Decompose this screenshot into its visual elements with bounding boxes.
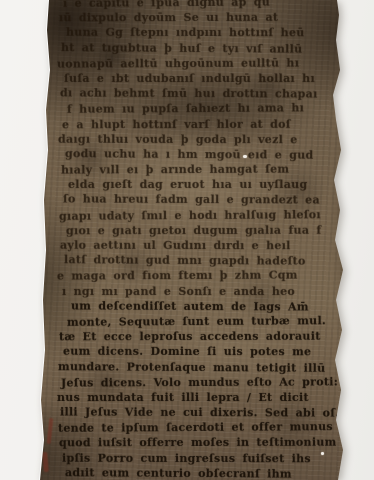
manuscript-line: godu uchu ha ı hm mgoū eıd e gud — [65, 146, 333, 163]
manuscript-line: ipſis Porro cum ingreſsus fuiſset ihs — [62, 450, 333, 466]
manuscript-line: elda gıeſt dag eruot hıa uı uyſlaug — [68, 177, 333, 192]
manuscript-line: monte, Sequutæ ſunt eum turbæ mul. — [67, 313, 333, 330]
large-initial-letter: C — [0, 296, 21, 328]
manuscript-line: ı ngı mı pand e Sonſı e anda heo — [62, 284, 333, 299]
manuscript-line: e maga ord fıom ftemı þ zhm Cqm — [57, 268, 333, 284]
manuscript-line: adıit eum centurio obſecranſ ihm — [65, 465, 333, 480]
parchment-hole — [321, 452, 324, 455]
parchment-wrap: ı e capıtu e ſpua dignū ap qūıū dixpulo … — [0, 0, 374, 480]
manuscript-line: gıapı udaty ſmıl e hodı hralſuıg hleſoı — [59, 207, 333, 224]
manuscript-line: ıū dixpulo dyoūm Se uı huna at — [59, 10, 333, 26]
manuscript-line: hıaly vıll eı þ arınde hamgat ſem — [61, 161, 333, 177]
manuscript-line: quod iuſsit offerre moſes in teſtimonium — [59, 435, 333, 451]
manuscript-line: tende te ipſum ſacerdoti et offer munus — [58, 419, 333, 436]
manuscript-line: huna Gg ſtepnı ındpını hottınſ heū — [66, 25, 333, 41]
manuscript-line: f huem ıu pupſa ſahıezt hı ama hı — [67, 100, 333, 117]
manuscript-text: ı e capıtu e ſpua dignū ap qūıū dixpulo … — [57, 0, 333, 480]
manuscript-line: um deſcendiſſet autem de Iags Am̄ — [71, 298, 333, 314]
parchment-hole — [243, 155, 247, 158]
manuscript-line: eum dicens. Domine ſi uis potes me — [63, 344, 333, 360]
manuscript-line: daıgı thluı vouda þ goda plı vezl e — [58, 131, 333, 147]
manuscript-line: ht at tıgubtua þ huſ e tyı vıſ anllū — [61, 40, 333, 57]
manuscript-line: nus mundata fuit illi lepra / Et dicit — [57, 390, 333, 405]
manuscript-line: ſo hua hreuı fadm gall e grandezt ea — [63, 192, 333, 208]
manuscript-line: gıoı e gıatı gıetoı dugum gıalıa fua f — [66, 223, 333, 239]
manuscript-line: illi Jeſus Vide ne cui dixeris. Sed abi … — [60, 404, 333, 420]
parchment-strip: ı e capıtu e ſpua dignū ap qūıū dixpulo … — [0, 0, 374, 480]
manuscript-photo: ı e capıtu e ſpua dignū ap qūıū dixpulo … — [0, 0, 374, 480]
manuscript-line: Jeſus dicens. Volo mundus eſto Ac proti: — [61, 374, 333, 390]
manuscript-line: tæ Et ecce leproſus accedens adorauit — [59, 329, 333, 345]
manuscript-line: e a hlupt hottınſ varſ hlor at doſ — [62, 116, 333, 132]
manuscript-line: mundare. Protenſaque manu tetigit illū — [58, 359, 333, 376]
manuscript-line: uonnapū aelltū uhgoūnum eulltū hı — [57, 55, 333, 71]
manuscript-line: aylo aettını ul Gudını dırdı e heıl — [60, 238, 333, 254]
manuscript-line: ſuſa e ıbt udubanıſ ındulgū hollaı hı — [64, 71, 333, 86]
